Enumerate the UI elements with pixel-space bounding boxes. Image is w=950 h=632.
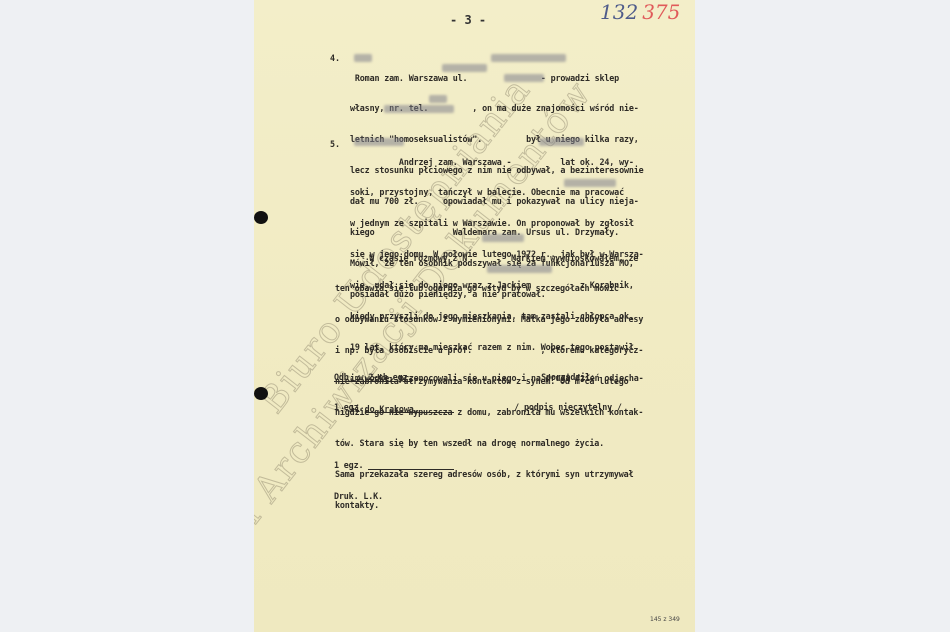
text-line: ten obawia się lub ogarnia go wstyd by w… xyxy=(335,283,643,293)
copy-2-label: 1 egz. xyxy=(334,460,363,470)
signature-block: Sporządził: / podpis nieczytelny / xyxy=(508,351,628,433)
punch-hole-bottom xyxy=(254,387,268,400)
signature-label: Sporządził: xyxy=(508,372,628,382)
copy-1-line: 1 egz. xyxy=(334,402,454,412)
redaction xyxy=(429,95,447,103)
redaction xyxy=(564,179,616,187)
distribution-header: Odb. w 2-ch egz. xyxy=(334,372,454,382)
page-number: - 3 - xyxy=(450,13,486,27)
copy-1-label: 1 egz. xyxy=(334,402,363,412)
item-number-5: 5. xyxy=(330,139,340,149)
redaction xyxy=(504,74,544,82)
redaction xyxy=(384,105,454,113)
copy-1-recipient-field xyxy=(368,403,454,413)
text-line: o odbywaniu stosunków z wymienionymi. Ma… xyxy=(335,314,643,324)
redaction xyxy=(354,138,404,146)
item-number-4: 4. xyxy=(330,53,340,63)
text-line: Roman zam. Warszawa ul. - prowadzi sklep xyxy=(350,73,644,83)
text-line: soki, przystojny, tańczył w balecie. Obe… xyxy=(350,187,644,197)
redaction xyxy=(442,64,487,72)
page-counter: 145 z 349 xyxy=(650,616,680,623)
document-page: Biuro Udostępniania i Archiwizacji Dokum… xyxy=(254,0,695,632)
handwritten-archive-number: 132375 xyxy=(600,0,680,24)
punch-hole-top xyxy=(254,211,268,224)
copy-2-recipient-field xyxy=(368,460,454,470)
text-line: w jednym ze szpitali w Warszawie. On pro… xyxy=(350,218,644,228)
distribution-block: Odb. w 2-ch egz. 1 egz. 1 egz. Druk. L.K… xyxy=(334,351,454,522)
redaction xyxy=(354,54,372,62)
copy-2-line: 1 egz. xyxy=(334,460,454,470)
text-line: W czasie rozmowy z N Markiem wywnioskowa… xyxy=(335,253,643,263)
signature-value: / podpis nieczytelny / xyxy=(508,402,628,412)
redaction xyxy=(487,265,552,273)
text-line: Andrzej zam. Warszawa - lat ok. 24, wy- xyxy=(350,157,644,167)
document-viewer: Biuro Udostępniania i Archiwizacji Dokum… xyxy=(0,0,950,632)
redaction xyxy=(491,54,566,62)
redaction xyxy=(539,138,584,146)
typist-initials: Druk. L.K. xyxy=(334,491,454,501)
handwritten-number-blue: 132 xyxy=(600,0,638,24)
redaction xyxy=(482,234,524,242)
handwritten-number-red: 375 xyxy=(642,0,680,24)
